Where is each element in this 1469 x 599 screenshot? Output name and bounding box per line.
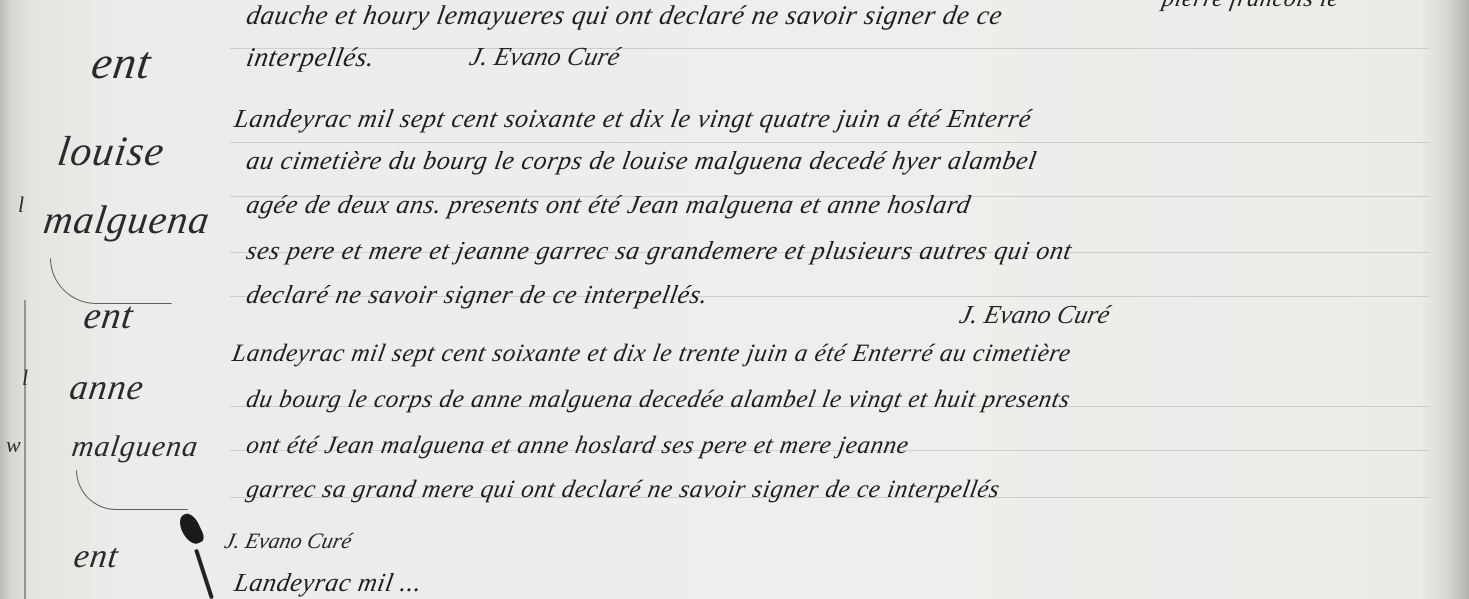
- margin-note-surname: malguena: [41, 196, 213, 243]
- register-page: l l w ent louise malguena ent anne malgu…: [0, 0, 1469, 599]
- ink-stroke: [194, 549, 214, 599]
- record-line: Landeyrac mil ...: [232, 568, 424, 598]
- record-line: Landeyrac mil sept cent soixante et dix …: [230, 340, 1073, 368]
- margin-note-surname: malguena: [70, 430, 201, 464]
- record-line: interpellés.: [244, 42, 377, 73]
- record-line: garrec sa grand mere qui ont declaré ne …: [244, 476, 1002, 504]
- margin-mark: l: [22, 365, 28, 391]
- ruled-line: [230, 48, 1429, 49]
- record-line: dauche et houry lemayueres qui ont decla…: [244, 0, 1005, 31]
- margin-mark: l: [18, 192, 24, 218]
- record-line-fragment: pierre francois le: [1160, 0, 1341, 13]
- margin-mark: w: [6, 432, 21, 458]
- priest-signature: J. Evano Curé: [222, 528, 354, 554]
- record-line: Landeyrac mil sept cent soixante et dix …: [232, 104, 1034, 134]
- margin-rule: [24, 300, 26, 599]
- record-line: ont été Jean malguena et anne hoslard se…: [244, 432, 911, 460]
- record-line: du bourg le corps de anne malguena deced…: [244, 386, 1072, 414]
- ruled-line: [230, 142, 1429, 143]
- margin-note-name: louise: [55, 128, 168, 176]
- record-line: declaré ne savoir signer de ce interpell…: [244, 280, 710, 310]
- margin-note-ent: ent: [71, 538, 121, 576]
- margin-note-ent: ent: [88, 36, 155, 89]
- priest-signature: J. Evano Curé: [467, 42, 623, 72]
- record-line: ses pere et mere et jeanne garrec sa gra…: [244, 236, 1074, 266]
- ink-blot: [176, 511, 206, 548]
- margin-note-name: anne: [67, 366, 147, 408]
- flourish: [76, 470, 188, 510]
- flourish: [50, 258, 172, 304]
- priest-signature: J. Evano Curé: [957, 300, 1113, 330]
- record-line: au cimetière du bourg le corps de louise…: [244, 146, 1039, 176]
- record-line: agée de deux ans. presents ont été Jean …: [244, 190, 973, 220]
